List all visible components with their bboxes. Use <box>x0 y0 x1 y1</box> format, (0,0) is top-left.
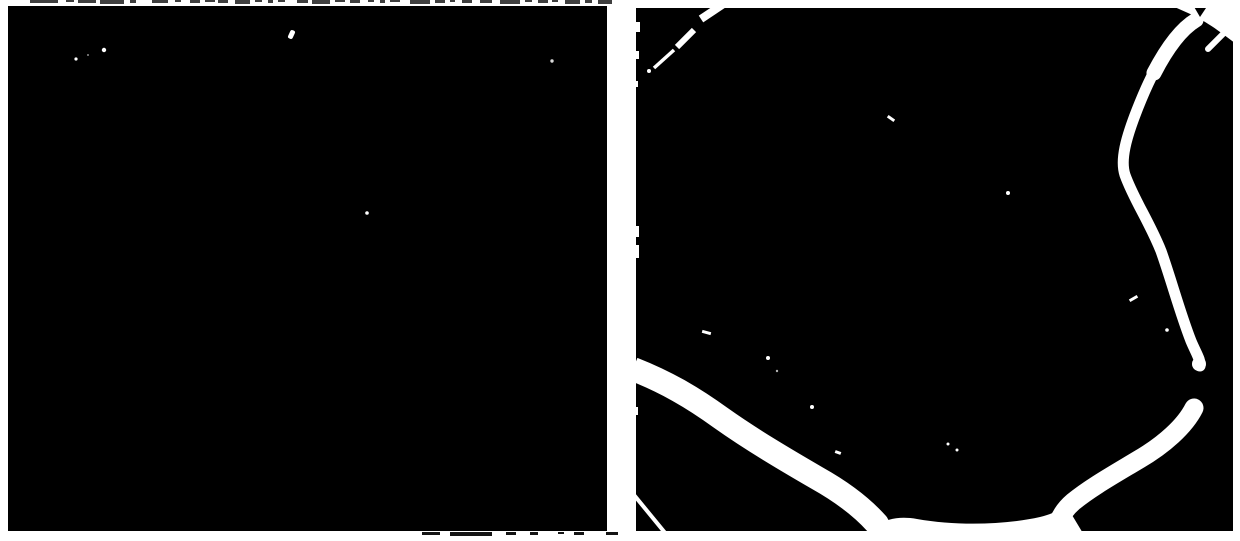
crop-mark-dash <box>78 0 96 3</box>
crop-mark-dash <box>585 0 592 3</box>
speck <box>1165 328 1169 332</box>
crop-mark-dash <box>538 0 548 3</box>
figure-canvas <box>0 0 1240 541</box>
crop-mark-dash <box>598 0 612 4</box>
crop-mark-dash <box>422 532 440 535</box>
speck <box>702 330 711 335</box>
crop-mark-dash <box>218 0 228 3</box>
crop-mark-dash <box>558 532 564 534</box>
boundary-band-tail-blob <box>1192 357 1206 371</box>
crop-mark-dash <box>152 0 168 3</box>
crop-mark-dash <box>175 0 181 2</box>
boundary-band-lower-left <box>636 369 883 531</box>
corner-line-bottom-left <box>636 495 666 531</box>
crop-mark-dash <box>30 0 58 3</box>
edge-tick <box>636 51 639 59</box>
speck <box>87 54 89 56</box>
crop-mark-dash <box>462 0 472 3</box>
diagonal-dash-top-left <box>677 30 694 47</box>
bottom-crop-marks <box>0 532 1240 540</box>
speck <box>287 29 295 39</box>
crop-mark-dash <box>255 0 262 2</box>
edge-tick <box>636 226 639 237</box>
crop-mark-dash <box>278 0 285 2</box>
crop-mark-dash <box>435 0 445 3</box>
diagonal-dash-top-left <box>654 50 674 68</box>
crop-mark-dash <box>574 532 584 535</box>
speck <box>776 370 778 372</box>
crop-mark-dash <box>450 532 492 536</box>
crop-mark-dash <box>368 0 374 2</box>
crop-mark-dash <box>297 0 308 3</box>
crop-mark-dash <box>530 532 538 535</box>
crop-mark-dash <box>565 0 580 4</box>
speck <box>365 211 369 215</box>
edge-tick <box>636 81 638 87</box>
speck <box>766 356 770 360</box>
speck <box>102 48 106 52</box>
crop-mark-dash <box>450 0 455 2</box>
diagonal-dash-top-left <box>701 8 725 19</box>
crop-mark-dash <box>205 0 215 2</box>
boundary-band-right-s-curve-thick-top <box>1154 20 1196 73</box>
speck <box>810 405 814 409</box>
speck <box>1006 191 1010 195</box>
diagonal-dash-dot <box>647 69 651 73</box>
left-micrograph-image <box>8 6 607 531</box>
speck <box>74 57 77 60</box>
crop-mark-dash <box>350 0 360 3</box>
crop-mark-dash <box>235 0 250 4</box>
crop-mark-dash <box>552 0 558 2</box>
speck <box>550 59 553 62</box>
crop-mark-dash <box>506 532 516 535</box>
crop-mark-dash <box>130 0 136 3</box>
crop-mark-dash <box>390 0 400 2</box>
crop-mark-dash <box>525 0 532 2</box>
crop-mark-dash <box>380 0 385 3</box>
boundary-band-lower-right <box>1058 408 1194 523</box>
crop-mark-dash <box>606 532 618 535</box>
crop-mark-dash <box>190 0 200 3</box>
edge-tick <box>636 407 638 415</box>
speck <box>887 115 895 122</box>
speck <box>956 449 959 452</box>
crop-mark-dash <box>410 0 430 4</box>
right-micrograph-image <box>636 8 1233 531</box>
edge-tick <box>636 245 639 258</box>
crop-mark-dash <box>335 0 345 2</box>
crop-mark-dash <box>312 0 330 4</box>
crop-mark-dash <box>100 0 124 4</box>
speck <box>947 443 950 446</box>
crop-mark-dash <box>500 0 520 4</box>
speck <box>835 450 842 455</box>
speck <box>1129 295 1138 302</box>
right-micrograph-panel <box>636 8 1233 531</box>
crop-mark-dash <box>480 0 492 3</box>
crop-mark-dash <box>268 0 273 3</box>
crop-mark-dash <box>66 0 74 2</box>
edge-tick <box>636 22 640 32</box>
left-micrograph-panel <box>8 6 607 531</box>
